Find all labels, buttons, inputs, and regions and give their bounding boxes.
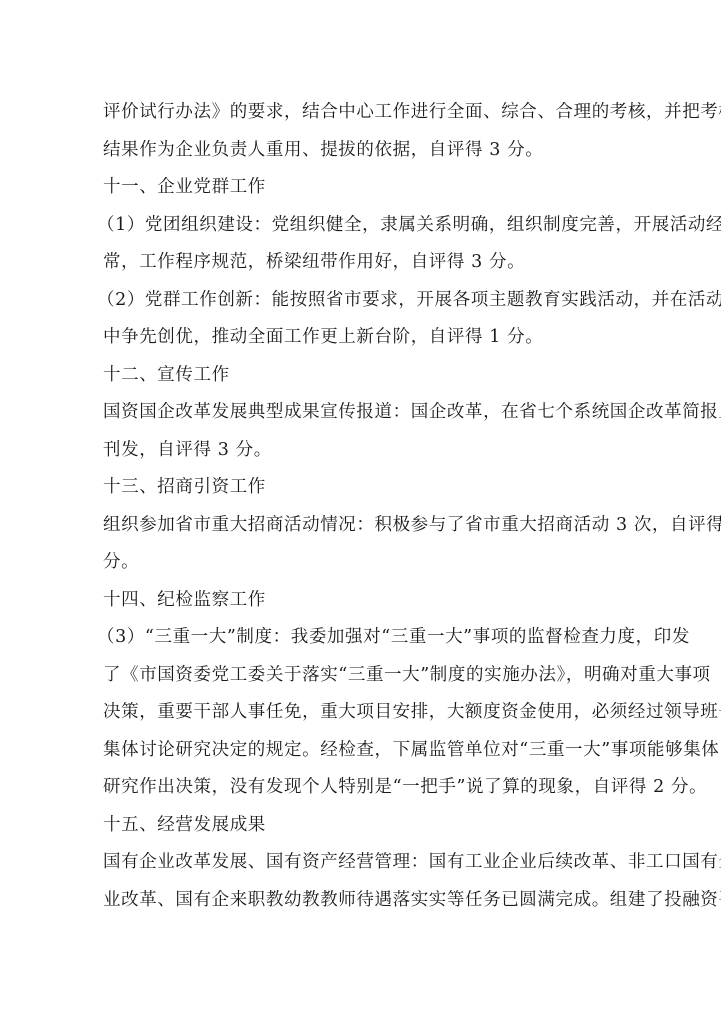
paragraph-line: 研究作出决策，没有发现个人特别是“一把手”说了算的现象，自评得 2 分。	[103, 769, 615, 807]
paragraph-line: （2）党群工作创新：能按照省市要求，开展各项主题教育实践活动，并在活动	[97, 282, 615, 320]
paragraph-line: 结果作为企业负责人重用、提拔的依据，自评得 3 分。	[103, 132, 615, 170]
paragraph-line: 决策，重要干部人事任免，重大项目安排，大额度资金使用，必须经过领导班子	[103, 694, 615, 732]
section-heading: 十四、纪检监察工作	[103, 582, 615, 620]
paragraph-line: 国资国企改革发展典型成果宣传报道：国企改革，在省七个系统国企改革简报上	[103, 394, 615, 432]
document-page: 评价试行办法》的要求，结合中心工作进行全面、综合、合理的考核，并把考核 结果作为…	[103, 94, 615, 919]
paragraph-line: 国有企业改革发展、国有资产经营管理：国有工业企业后续改革、非工口国有企	[103, 844, 615, 882]
paragraph-line: 了《市国资委党工委关于落实“三重一大”制度的实施办法》，明确对重大事项	[103, 657, 615, 695]
paragraph-line: 中争先创优，推动全面工作更上新台阶，自评得 1 分。	[103, 319, 615, 357]
section-heading: 十二、宣传工作	[103, 357, 615, 395]
paragraph-line: 组织参加省市重大招商活动情况：积极参与了省市重大招商活动 3 次，自评得 3	[103, 507, 615, 545]
paragraph-line: 业改革、国有企来职教幼教教师待遇落实实等任务已圆满完成。组建了投融资平	[103, 882, 615, 920]
paragraph-line: 分。	[103, 544, 615, 582]
section-heading: 十五、经营发展成果	[103, 807, 615, 845]
paragraph-line: 常，工作程序规范，桥梁纽带作用好，自评得 3 分。	[103, 244, 615, 282]
paragraph-line: （3）“三重一大”制度：我委加强对“三重一大”事项的监督检查力度，印发	[97, 619, 615, 657]
paragraph-line: 刊发，自评得 3 分。	[103, 432, 615, 470]
paragraph-line: 评价试行办法》的要求，结合中心工作进行全面、综合、合理的考核，并把考核	[103, 94, 615, 132]
section-heading: 十一、企业党群工作	[103, 169, 615, 207]
section-heading: 十三、招商引资工作	[103, 469, 615, 507]
paragraph-line: （1）党团组织建设：党组织健全，隶属关系明确，组织制度完善，开展活动经	[97, 207, 615, 245]
paragraph-line: 集体讨论研究决定的规定。经检查，下属监管单位对“三重一大”事项能够集体	[103, 732, 615, 770]
